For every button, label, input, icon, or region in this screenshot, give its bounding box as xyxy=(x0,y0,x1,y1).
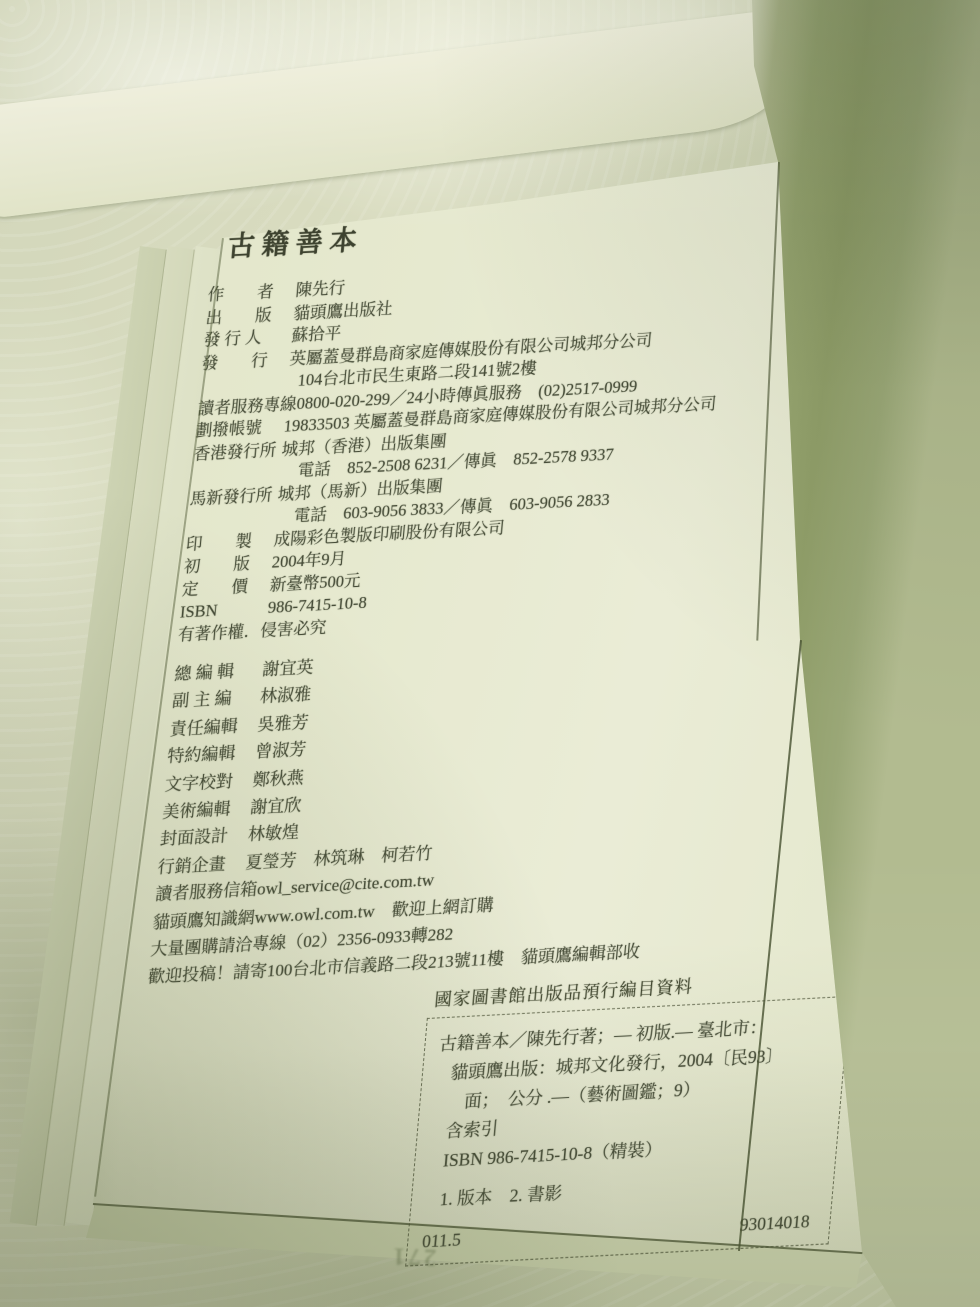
field-value: 鄭秋燕 xyxy=(252,768,305,790)
field-value: 林淑雅 xyxy=(259,685,312,707)
field-value: 謝宜英 xyxy=(262,657,315,679)
staff-credits-block: 總 編 輯謝宜英 副 主 編林淑雅 責任編輯吳雅芳 特約編輯曾淑芳 文字校對鄭秋… xyxy=(91,623,899,995)
field-value: 吳雅芳 xyxy=(257,713,310,735)
cip-box: 古籍善本／陳先行著；— 初版.— 臺北市： 貓頭鷹出版：城邦文化發行，2004〔… xyxy=(405,996,850,1267)
field-value: 新臺幣500元 xyxy=(269,570,361,594)
book-photo: 271 古籍善本 作 者陳先行 出 版貓頭鷹出版社 發 行 人蘇拾平 發 行英屬… xyxy=(0,0,980,1307)
field-value: 曾淑芳 xyxy=(254,740,307,762)
cip-classification-number: 011.5 xyxy=(421,1225,462,1256)
field-value: 貓頭鷹出版社 xyxy=(293,298,394,322)
field-value: 林敏煌 xyxy=(247,823,300,845)
field-value: 謝宜欣 xyxy=(250,795,303,817)
cip-record-number: 93014018 xyxy=(738,1207,810,1240)
cip-section: 國家圖書館出版品預行編目資料 古籍善本／陳先行著；— 初版.— 臺北市： 貓頭鷹… xyxy=(405,965,853,1267)
field-value: 986-7415-10-8 xyxy=(267,593,368,617)
field-value: 2004年9月 xyxy=(271,549,347,572)
field-value: 陳先行 xyxy=(295,278,346,300)
field-label: 發 行 xyxy=(201,348,291,375)
field-value: 蘇拾平 xyxy=(291,324,342,346)
field-value: （02）2356-0933轉282 xyxy=(285,925,454,953)
field-label: 香港發行所 xyxy=(193,438,283,465)
field-label: 馬新發行所 xyxy=(189,484,279,511)
field-value: owl_service@cite.com.tw xyxy=(256,871,435,899)
